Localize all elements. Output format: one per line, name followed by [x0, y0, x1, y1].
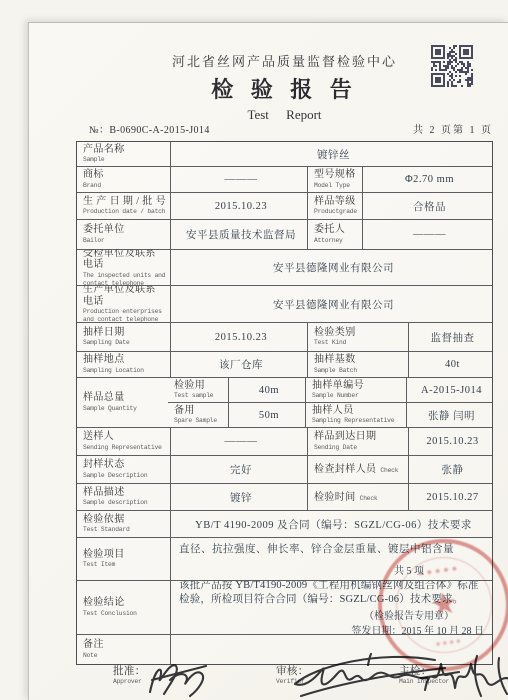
field-label: 样品描述 Sample description	[77, 484, 170, 510]
field-value: 2015.10.23	[408, 428, 492, 455]
sample-quantity-subtable: 检验用 Test sample 40m 抽样单编号 Sample Number …	[168, 378, 492, 427]
field-label: 委托人 Attorney	[307, 220, 362, 249]
field-value: 镀锌	[170, 484, 307, 510]
field-label: 产品名称 Sample	[77, 142, 170, 166]
field-value: 2015.10.27	[408, 484, 492, 510]
field-value: 合格品	[362, 193, 492, 219]
field-value: ———	[170, 167, 307, 192]
table-row: 样品描述 Sample description 镀锌 检验时间 Check se…	[77, 483, 492, 510]
field-label: 型号规格 Model Type	[307, 167, 362, 192]
field-label: 生 产 日 期 / 批 号 Production date / batch	[77, 193, 170, 219]
field-label: 受检单位及联系电话 The inspected units and contac…	[77, 250, 170, 285]
field-label: 检验结论 Test Conclusion	[77, 581, 170, 634]
field-label: 抽样日期 Sampling Date	[77, 323, 170, 351]
field-label: 样品到达日期 Sending Date	[307, 428, 408, 455]
field-value: 安平县德隆网业有限公司	[170, 250, 492, 285]
field-label: 委托单位 Bailor	[77, 220, 170, 249]
field-value: 该厂仓库	[170, 352, 307, 377]
field-label: 检验用 Test sample	[168, 378, 228, 402]
field-value: 40m	[228, 378, 305, 402]
field-value: ———	[170, 428, 307, 455]
field-value: YB/T 4190-2009 及合同（编号：SGZL/CG-06）技术要求	[170, 511, 492, 537]
field-label: 抽样人员 Sampling Representative	[305, 403, 406, 427]
table-row: 送样人 Sending Representative ——— 样品到达日期 Se…	[77, 427, 492, 455]
table-row: 生产单位及联系电话 Production enterprises and con…	[77, 285, 492, 322]
field-value: 镀锌丝	[170, 142, 492, 166]
field-label: 抽样基数 Sample Batch	[307, 352, 408, 377]
report-number: №：B-0690C-A-2015-J014	[76, 121, 210, 136]
field-label: 样品总量 Sample Quantity	[77, 378, 168, 427]
field-value: 50m	[228, 403, 305, 427]
report-page: 河北省丝网产品质量监督检验中心 检 验 报 告 Test Report №：B-…	[28, 22, 508, 700]
report-meta-line: №：B-0690C-A-2015-J014 共 2 页第 1 页	[76, 121, 493, 136]
field-value: ———	[362, 220, 492, 249]
field-label: 检验项目 Test Item	[77, 538, 170, 580]
stamp-star-icon: ★	[429, 588, 460, 621]
table-subrow: 备用 Spare Sample 50m 抽样人员 Sampling Repres…	[168, 402, 492, 427]
field-value: 张静 闫明	[406, 403, 492, 427]
table-subrow: 检验用 Test sample 40m 抽样单编号 Sample Number …	[168, 378, 492, 402]
field-value: 2015.10.23	[170, 323, 307, 351]
field-label: 抽样地点 Sampling Location	[77, 352, 170, 377]
field-label: 封样状态 Sample Description	[77, 456, 170, 483]
table-row: 生 产 日 期 / 批 号 Production date / batch 20…	[77, 192, 492, 219]
approver-signature	[138, 654, 218, 700]
field-value: Φ2.70 mm	[362, 167, 492, 192]
table-row: 抽样地点 Sampling Location 该厂仓库 抽样基数 Sample …	[77, 351, 492, 377]
stamp-bottom-text: ●●●●	[387, 629, 508, 655]
table-row: 封样状态 Sample Description 完好 检查封样人员 Check …	[77, 455, 492, 483]
field-label: 商标 Brand	[77, 167, 170, 192]
table-row: 受检单位及联系电话 The inspected units and contac…	[77, 249, 492, 285]
field-label: 抽样单编号 Sample Number	[305, 378, 406, 402]
field-value: 2015.10.23	[170, 193, 307, 219]
field-value: 监督抽查	[408, 323, 492, 351]
table-row-sample-quantity: 样品总量 Sample Quantity 检验用 Test sample 40m…	[77, 377, 492, 427]
field-label: 生产单位及联系电话 Production enterprises and con…	[77, 286, 170, 322]
field-label: 检查封样人员 Check sealing sample personnel	[307, 456, 408, 483]
scan-background: 河北省丝网产品质量监督检验中心 检 验 报 告 Test Report №：B-…	[0, 0, 508, 700]
field-value: A-2015-J014	[406, 378, 492, 402]
field-label: 送样人 Sending Representative	[77, 428, 170, 455]
field-label: 检验依据 Test Standard	[77, 511, 170, 537]
table-row: 委托单位 Bailor 安平县质量技术监督局 委托人 Attorney ———	[77, 219, 492, 249]
qr-code	[429, 43, 476, 90]
field-value: 完好	[170, 456, 307, 483]
table-row: 商标 Brand ——— 型号规格 Model Type Φ2.70 mm	[77, 166, 492, 192]
field-value: 安平县德隆网业有限公司	[170, 286, 492, 322]
field-label: 样品等级 Productgrade	[307, 193, 362, 219]
field-label: 检验类别 Test Kind	[307, 323, 408, 351]
field-label: 备用 Spare Sample	[168, 403, 228, 427]
stamp-arc-text: ●●●●●	[377, 557, 501, 584]
table-row: 检验依据 Test Standard YB/T 4190-2009 及合同（编号…	[77, 510, 492, 537]
field-label: 检验时间 Check sealing sample time	[307, 484, 408, 510]
table-row: 抽样日期 Sampling Date 2015.10.23 检验类别 Test …	[77, 322, 492, 351]
table-row: 产品名称 Sample 镀锌丝	[77, 142, 492, 166]
field-value: 安平县质量技术监督局	[170, 220, 307, 249]
field-value: 张静	[408, 456, 492, 483]
field-value: 40t	[408, 352, 492, 377]
page-count: 共 2 页第 1 页	[413, 121, 493, 136]
